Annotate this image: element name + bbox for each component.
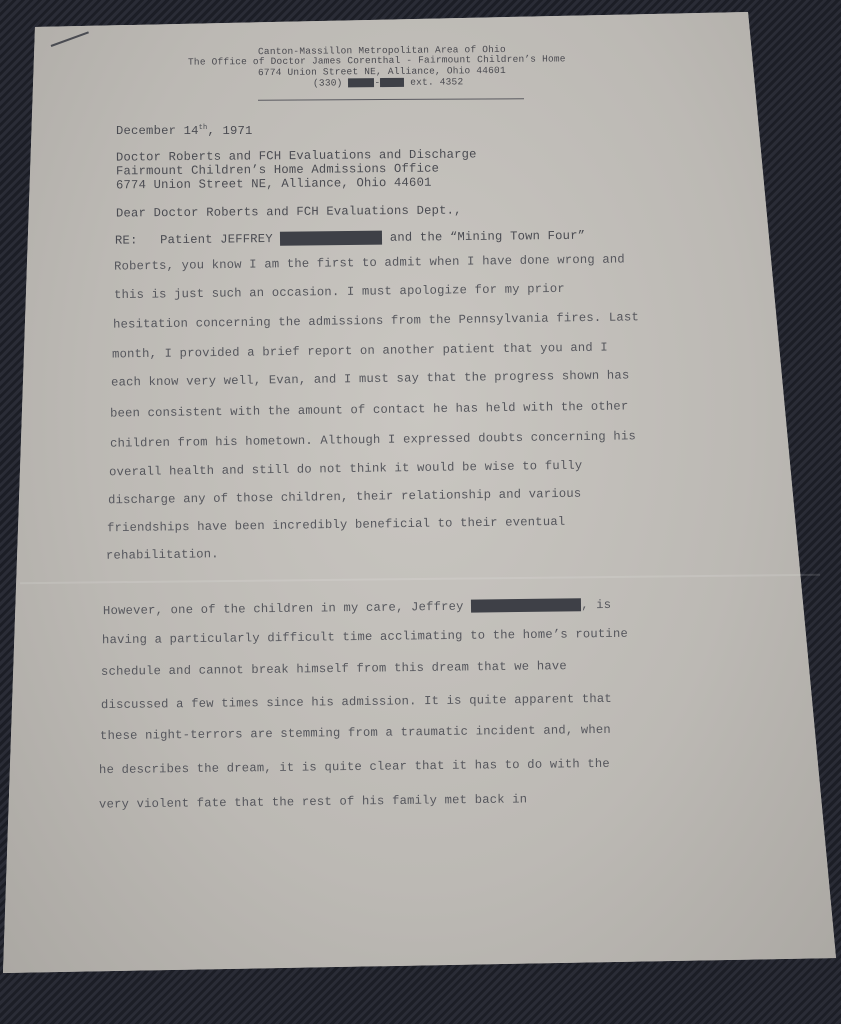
redaction-block	[348, 78, 374, 87]
letterhead-phone: (330) - ext. 4352	[313, 76, 463, 88]
redaction-block	[471, 599, 581, 613]
re-patient: Patient JEFFREY	[160, 232, 273, 247]
phone-prefix: (330)	[313, 77, 343, 88]
date-text: December 14	[116, 124, 199, 138]
re-subject: and the “Mining Town Four”	[390, 229, 585, 245]
letter-photo: Canton-Massillon Metropolitan Area of Oh…	[0, 0, 841, 1024]
redaction-block	[380, 78, 404, 87]
redaction-block	[280, 231, 382, 246]
letter-date: December 14th, 1971	[116, 124, 253, 138]
paragraph-1-line: rehabilitation.	[106, 547, 219, 563]
recipient-line-3: 6774 Union Street NE, Alliance, Ohio 446…	[116, 176, 432, 193]
phone-ext: ext. 4352	[410, 76, 463, 87]
re-label: RE:	[115, 233, 138, 247]
date-year: , 1971	[207, 124, 252, 138]
p2-text-after: , is	[581, 598, 611, 612]
